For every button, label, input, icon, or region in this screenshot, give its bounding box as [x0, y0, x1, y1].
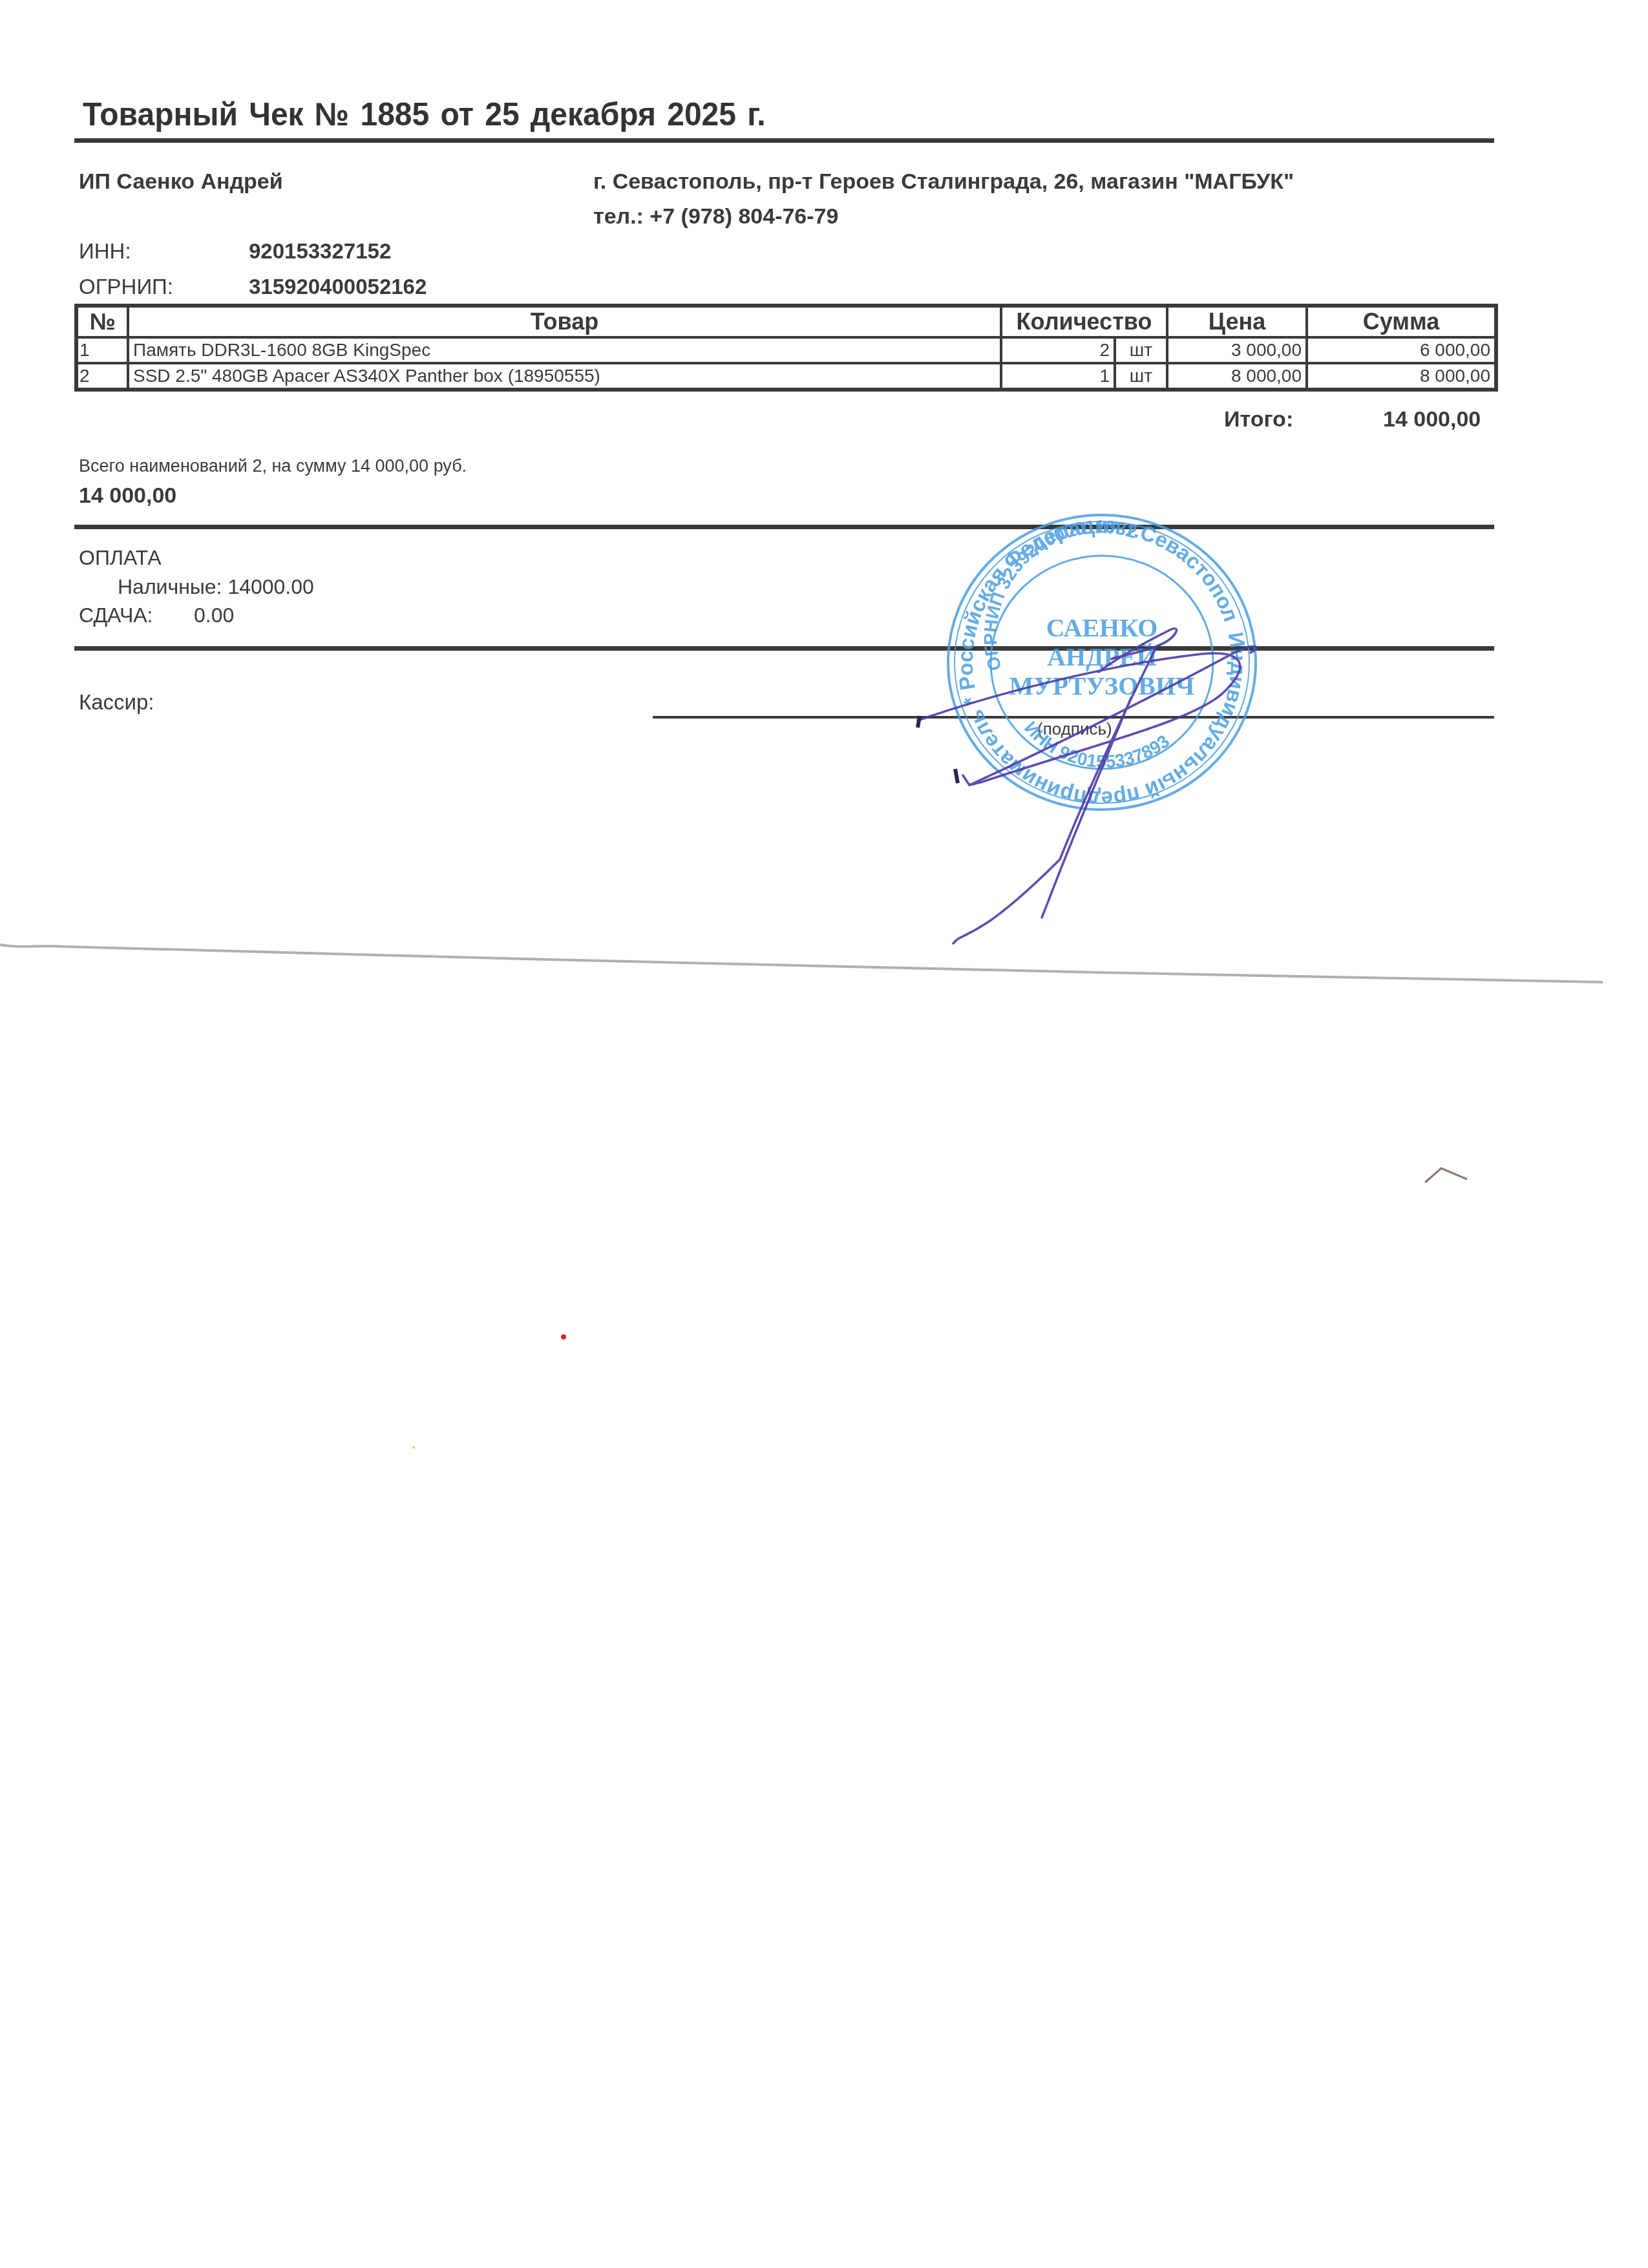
col-header-sum: Сумма [1307, 306, 1496, 337]
cashier-label: Кассир: [79, 690, 154, 715]
stamp-name-1: САЕНКО [1046, 613, 1158, 642]
row-price: 8 000,00 [1167, 363, 1307, 390]
col-header-price: Цена [1167, 306, 1307, 337]
inn-value: 920153327152 [249, 239, 391, 264]
stamp-name-3: МУРТУЗОВИЧ [1009, 671, 1195, 700]
seal-stamp-icon: Индивидуальный предприниматель * Российс… [940, 507, 1263, 817]
row-unit: шт [1115, 363, 1167, 390]
seller-name: ИП Саенко Андрей [79, 169, 283, 194]
row-unit: шт [1115, 337, 1167, 363]
row-qty: 1 [1001, 363, 1115, 390]
svg-text:ИНН 920155337893: ИНН 920155337893 [1020, 718, 1173, 772]
stamp-inn: ИНН 920155337893 [1020, 718, 1173, 772]
row-num: 1 [76, 337, 128, 363]
payment-cash: Наличные: 14000.00 [118, 575, 314, 599]
change-value: 0.00 [194, 604, 234, 627]
row-sum: 8 000,00 [1307, 363, 1496, 390]
payment-top-divider [74, 525, 1494, 529]
ogrnip-label: ОГРНИП: [79, 275, 173, 299]
col-header-item: Товар [128, 306, 1001, 337]
seller-address: г. Севастополь, пр-т Героев Сталинграда,… [593, 169, 1294, 194]
summary-amount: 14 000,00 [79, 483, 176, 509]
payment-bottom-divider [74, 646, 1494, 651]
total-label: Итого: [1224, 407, 1293, 432]
col-header-quantity: Количество [1001, 306, 1167, 337]
change-label: СДАЧА: [79, 604, 153, 627]
receipt-title: Товарный Чек № 1885 от 25 декабря 2025 г… [83, 96, 766, 133]
row-num: 2 [76, 363, 128, 390]
inn-label: ИНН: [79, 239, 131, 264]
ogrnip-value: 315920400052162 [249, 275, 427, 299]
row-price: 3 000,00 [1167, 337, 1307, 363]
table-row: 1 Память DDR3L-1600 8GB KingSpec 2 шт 3 … [76, 337, 1496, 363]
col-header-num: № [76, 306, 128, 337]
summary-text: Всего наименований 2, на сумму 14 000,00… [79, 456, 467, 476]
row-sum: 6 000,00 [1307, 337, 1496, 363]
table-row: 2 SSD 2.5" 480GB Apacer AS340X Panther b… [76, 363, 1496, 390]
stamp-name-2: АНДРЕЙ [1047, 642, 1157, 671]
row-item: Память DDR3L-1600 8GB KingSpec [128, 337, 1001, 363]
table-header-row: № Товар Количество Цена Сумма [76, 306, 1496, 337]
payment-heading: ОПЛАТА [79, 546, 162, 570]
title-divider [74, 138, 1494, 143]
seller-phone: тел.: +7 (978) 804-76-79 [593, 204, 838, 229]
items-table: № Товар Количество Цена Сумма 1 Память D… [74, 304, 1498, 392]
row-qty: 2 [1001, 337, 1115, 363]
total-value: 14 000,00 [1383, 407, 1481, 432]
row-item: SSD 2.5" 480GB Apacer AS340X Panther box… [128, 363, 1001, 390]
